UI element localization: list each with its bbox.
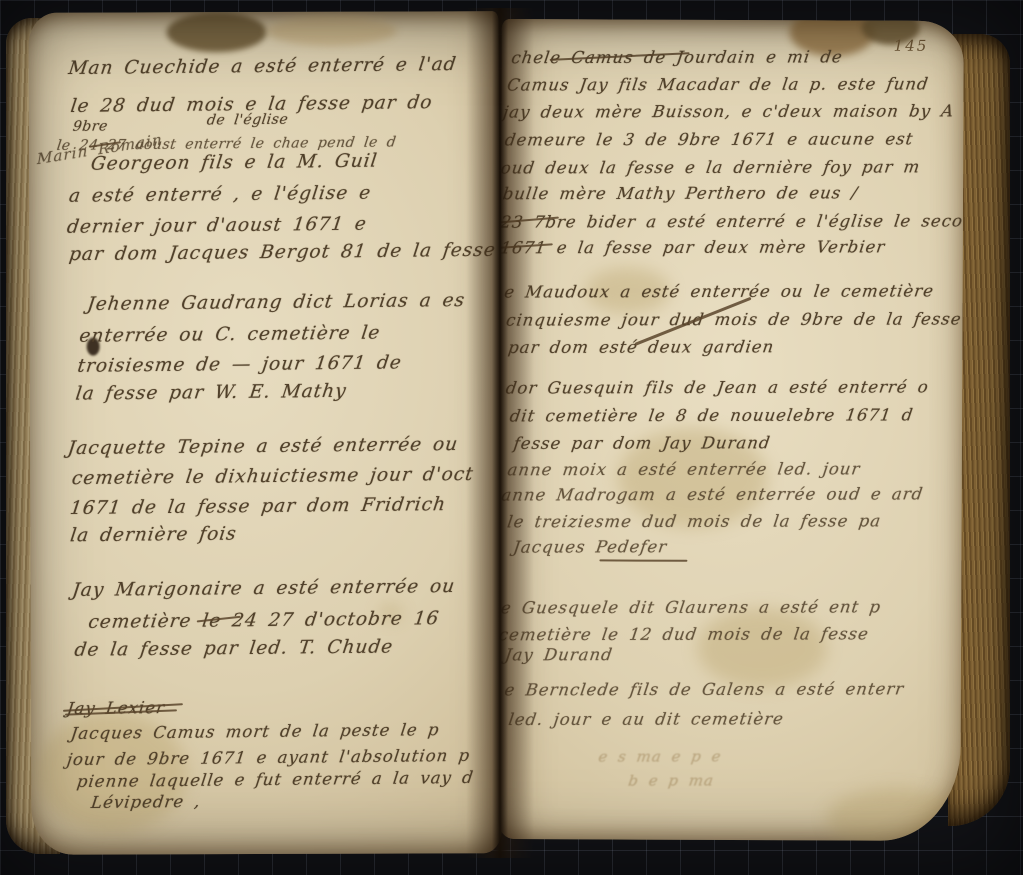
manuscript-line: 9bre [72, 118, 109, 134]
manuscript-line: jay deux mère Buisson, e c'deux maison b… [502, 101, 956, 121]
manuscript-line: dit cemetière le 8 de nouuelebre 1671 d [509, 405, 915, 425]
manuscript-line: la fesse par W. E. Mathy [74, 381, 348, 405]
manuscript-line: chele Camus de Jourdain e mi de [510, 47, 844, 67]
manuscript-line: e Maudoux a esté enterrée ou le cemetièr… [503, 281, 935, 301]
manuscript-line: a esté enterré , e l'église e [68, 183, 373, 207]
manuscript-line: Jehenne Gaudrang dict Lorias a es [86, 290, 466, 315]
manuscript-line: fesse par dom Jay Durand [513, 433, 772, 453]
manuscript-line: 1671 de la fesse par dom Fridrich [69, 494, 448, 519]
manuscript-line: cinquiesme jour dud mois de 9bre de la f… [505, 309, 963, 329]
manuscript-line: e Guesquele dit Glaurens a esté ent p [500, 597, 883, 617]
manuscript-line: dernier jour d'aoust 1671 e [66, 214, 368, 238]
manuscript-line: enterrée ou C. cemetière le [78, 323, 382, 347]
manuscript-line: Lévipedre , [90, 792, 202, 812]
paper-stain [697, 608, 827, 689]
manuscript-line: demeure le 3 de 9bre 1671 e aucune est [504, 129, 915, 149]
manuscript-line: anne Madrogam a esté enterrée oud e ard [500, 484, 925, 504]
manuscript-page-left: Man Cuechide a esté enterré e l'ad le 28… [29, 11, 502, 855]
bleed-through-line: e s ma e p e [597, 748, 723, 766]
manuscript-line: Jacques Camus mort de la peste le p [70, 720, 441, 743]
manuscript-page-right: 145 chele Camus de Jourdain e mi de Camu… [498, 19, 964, 841]
manuscript-line: Jacquette Tepine a esté enterrée ou [67, 434, 460, 459]
manuscript-line: oud deux la fesse e la dernière foy par … [500, 157, 922, 177]
manuscript-line: 23 7bre bider a esté enterré e l'église … [499, 211, 963, 231]
paper-smear [267, 16, 397, 46]
manuscript-line: bulle mère Mathy Perthero de eus / [502, 183, 860, 203]
manuscript-line: cemetière le dixhuictiesme jour d'oct [71, 464, 475, 489]
manuscript-line: anne moix a esté enterrée led. jour [506, 459, 861, 479]
bleed-through-line: b e p ma [627, 772, 715, 790]
manuscript-photo: Man Cuechide a esté enterré e l'ad le 28… [0, 0, 1023, 875]
manuscript-line: par dom Jacques Bergot 81 de la fesse [68, 240, 497, 265]
manuscript-line: Georgeon fils e la M. Guil [90, 151, 379, 175]
manuscript-line: de la fesse par led. T. Chude [73, 636, 394, 660]
manuscript-line: Camus Jay fils Macadar de la p. este fun… [506, 74, 930, 94]
manuscript-line: Jay Durand [504, 645, 615, 664]
manuscript-line: Jay Marigonaire a esté enterrée ou [71, 576, 456, 601]
folio-number: 145 [894, 37, 929, 55]
manuscript-line: Jacques Pedefer [512, 537, 668, 556]
manuscript-line: la dernière fois [69, 524, 238, 547]
manuscript-line: e Bernclede fils de Galens a esté enterr [503, 679, 905, 699]
ink-underline [599, 559, 687, 561]
manuscript-line: pienne laquelle e fut enterré a la vay d [76, 768, 475, 791]
manuscript-line: cemetière le 24 27 d'octobre 16 [87, 608, 440, 633]
paper-stain [826, 788, 964, 841]
manuscript-line: le treiziesme dud mois de la fesse pa [506, 511, 882, 531]
manuscript-line: dor Guesquin fils de Jean a esté enterré… [505, 377, 931, 397]
manuscript-line: cemetière le 12 dud mois de la fesse [498, 624, 870, 644]
manuscript-line: de l'église [206, 112, 289, 129]
manuscript-line: troisiesme de — jour 1671 de [76, 352, 403, 376]
manuscript-line: 1671 e la fesse par deux mère Verbier [499, 237, 886, 257]
manuscript-line: Man Cuechide a esté enterré e l'ad [67, 54, 458, 79]
manuscript-line: jour de 9bre 1671 e ayant l'absolution p [66, 746, 472, 769]
manuscript-line: led. jour e au dit cemetière [507, 709, 785, 729]
ink-stain [167, 12, 267, 52]
